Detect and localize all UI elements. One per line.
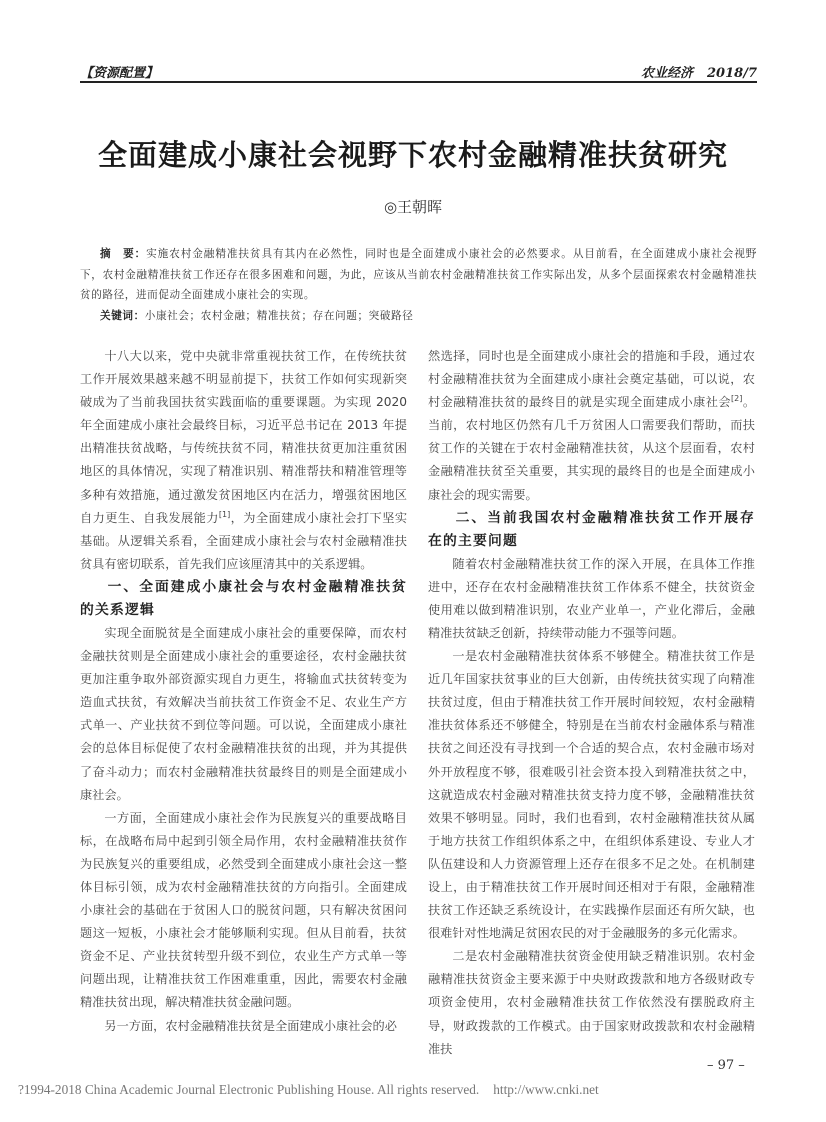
header-rule (80, 81, 757, 83)
section-heading-2: 二、当前我国农村金融精准扶贫工作开展存在的主要问题 (428, 507, 755, 553)
abstract: 摘 要：实施农村金融精准扶贫具有其内在必然性，同时也是全面建成小康社会的必然要求… (80, 244, 757, 306)
paragraph: 十八大以来，党中央就非常重视扶贫工作，在传统扶贫工作开展效果越来越不明显前提下，… (80, 345, 407, 576)
paragraph: 然选择，同时也是全面建成小康社会的措施和手段，通过农村金融精准扶贫为全面建成小康… (428, 345, 755, 507)
keywords: 关键词：小康社会；农村金融；精准扶贫；存在问题；突破路径 (100, 306, 757, 326)
keywords-label: 关键词： (100, 310, 145, 322)
paragraph: 实现全面脱贫是全面建成小康社会的重要保障，而农村金融扶贫则是全面建成小康社会的重… (80, 622, 407, 807)
paragraph: 一是农村金融精准扶贫体系不够健全。精准扶贫工作是近几年国家扶贫事业的巨大创新，由… (428, 645, 755, 945)
abstract-label: 摘 要： (100, 248, 146, 260)
section-heading-1: 一、全面建成小康社会与农村金融精准扶贫的关系逻辑 (80, 576, 407, 622)
paragraph: 一方面，全面建成小康社会作为民族复兴的重要战略目标，在战略布局中起到引领全局作用… (80, 807, 407, 1015)
citation-ref[interactable]: [2] (731, 394, 742, 403)
paragraph: 随着农村金融精准扶贫工作的深入开展，在具体工作推进中，还存在农村金融精准扶贫工作… (428, 553, 755, 645)
footer-url[interactable]: http://www.cnki.net (493, 1082, 599, 1097)
section-label: 【资源配置】 (80, 62, 158, 81)
running-header: 【资源配置】 农业经济2018/7 (80, 62, 757, 82)
copyright-text: ?1994-2018 China Academic Journal Electr… (18, 1082, 479, 1097)
keywords-text: 小康社会；农村金融；精准扶贫；存在问题；突破路径 (145, 310, 414, 322)
journal-issue: 2018/7 (707, 66, 757, 81)
paragraph: 二是农村金融精准扶贫资金使用缺乏精准识别。农村金融精准扶贫资金主要来源于中央财政… (428, 945, 755, 1060)
body-column-left: 十八大以来，党中央就非常重视扶贫工作，在传统扶贫工作开展效果越来越不明显前提下，… (80, 345, 407, 1038)
author: ◎王朝晖 (0, 196, 826, 217)
page-number: – 97 – (707, 1058, 745, 1073)
abstract-text: 实施农村金融精准扶贫具有其内在必然性，同时也是全面建成小康社会的必然要求。从目前… (80, 248, 757, 301)
journal-name: 农业经济 (641, 66, 693, 81)
citation-ref[interactable]: [1] (219, 510, 230, 519)
paragraph: 另一方面，农村金融精准扶贫是全面建成小康社会的必 (80, 1015, 407, 1038)
journal-info: 农业经济2018/7 (627, 62, 757, 81)
body-column-right: 然选择，同时也是全面建成小康社会的措施和手段，通过农村金融精准扶贫为全面建成小康… (428, 345, 755, 1061)
paper-title: 全面建成小康社会视野下农村金融精准扶贫研究 (0, 133, 826, 174)
copyright-footer: ?1994-2018 China Academic Journal Electr… (18, 1082, 599, 1098)
